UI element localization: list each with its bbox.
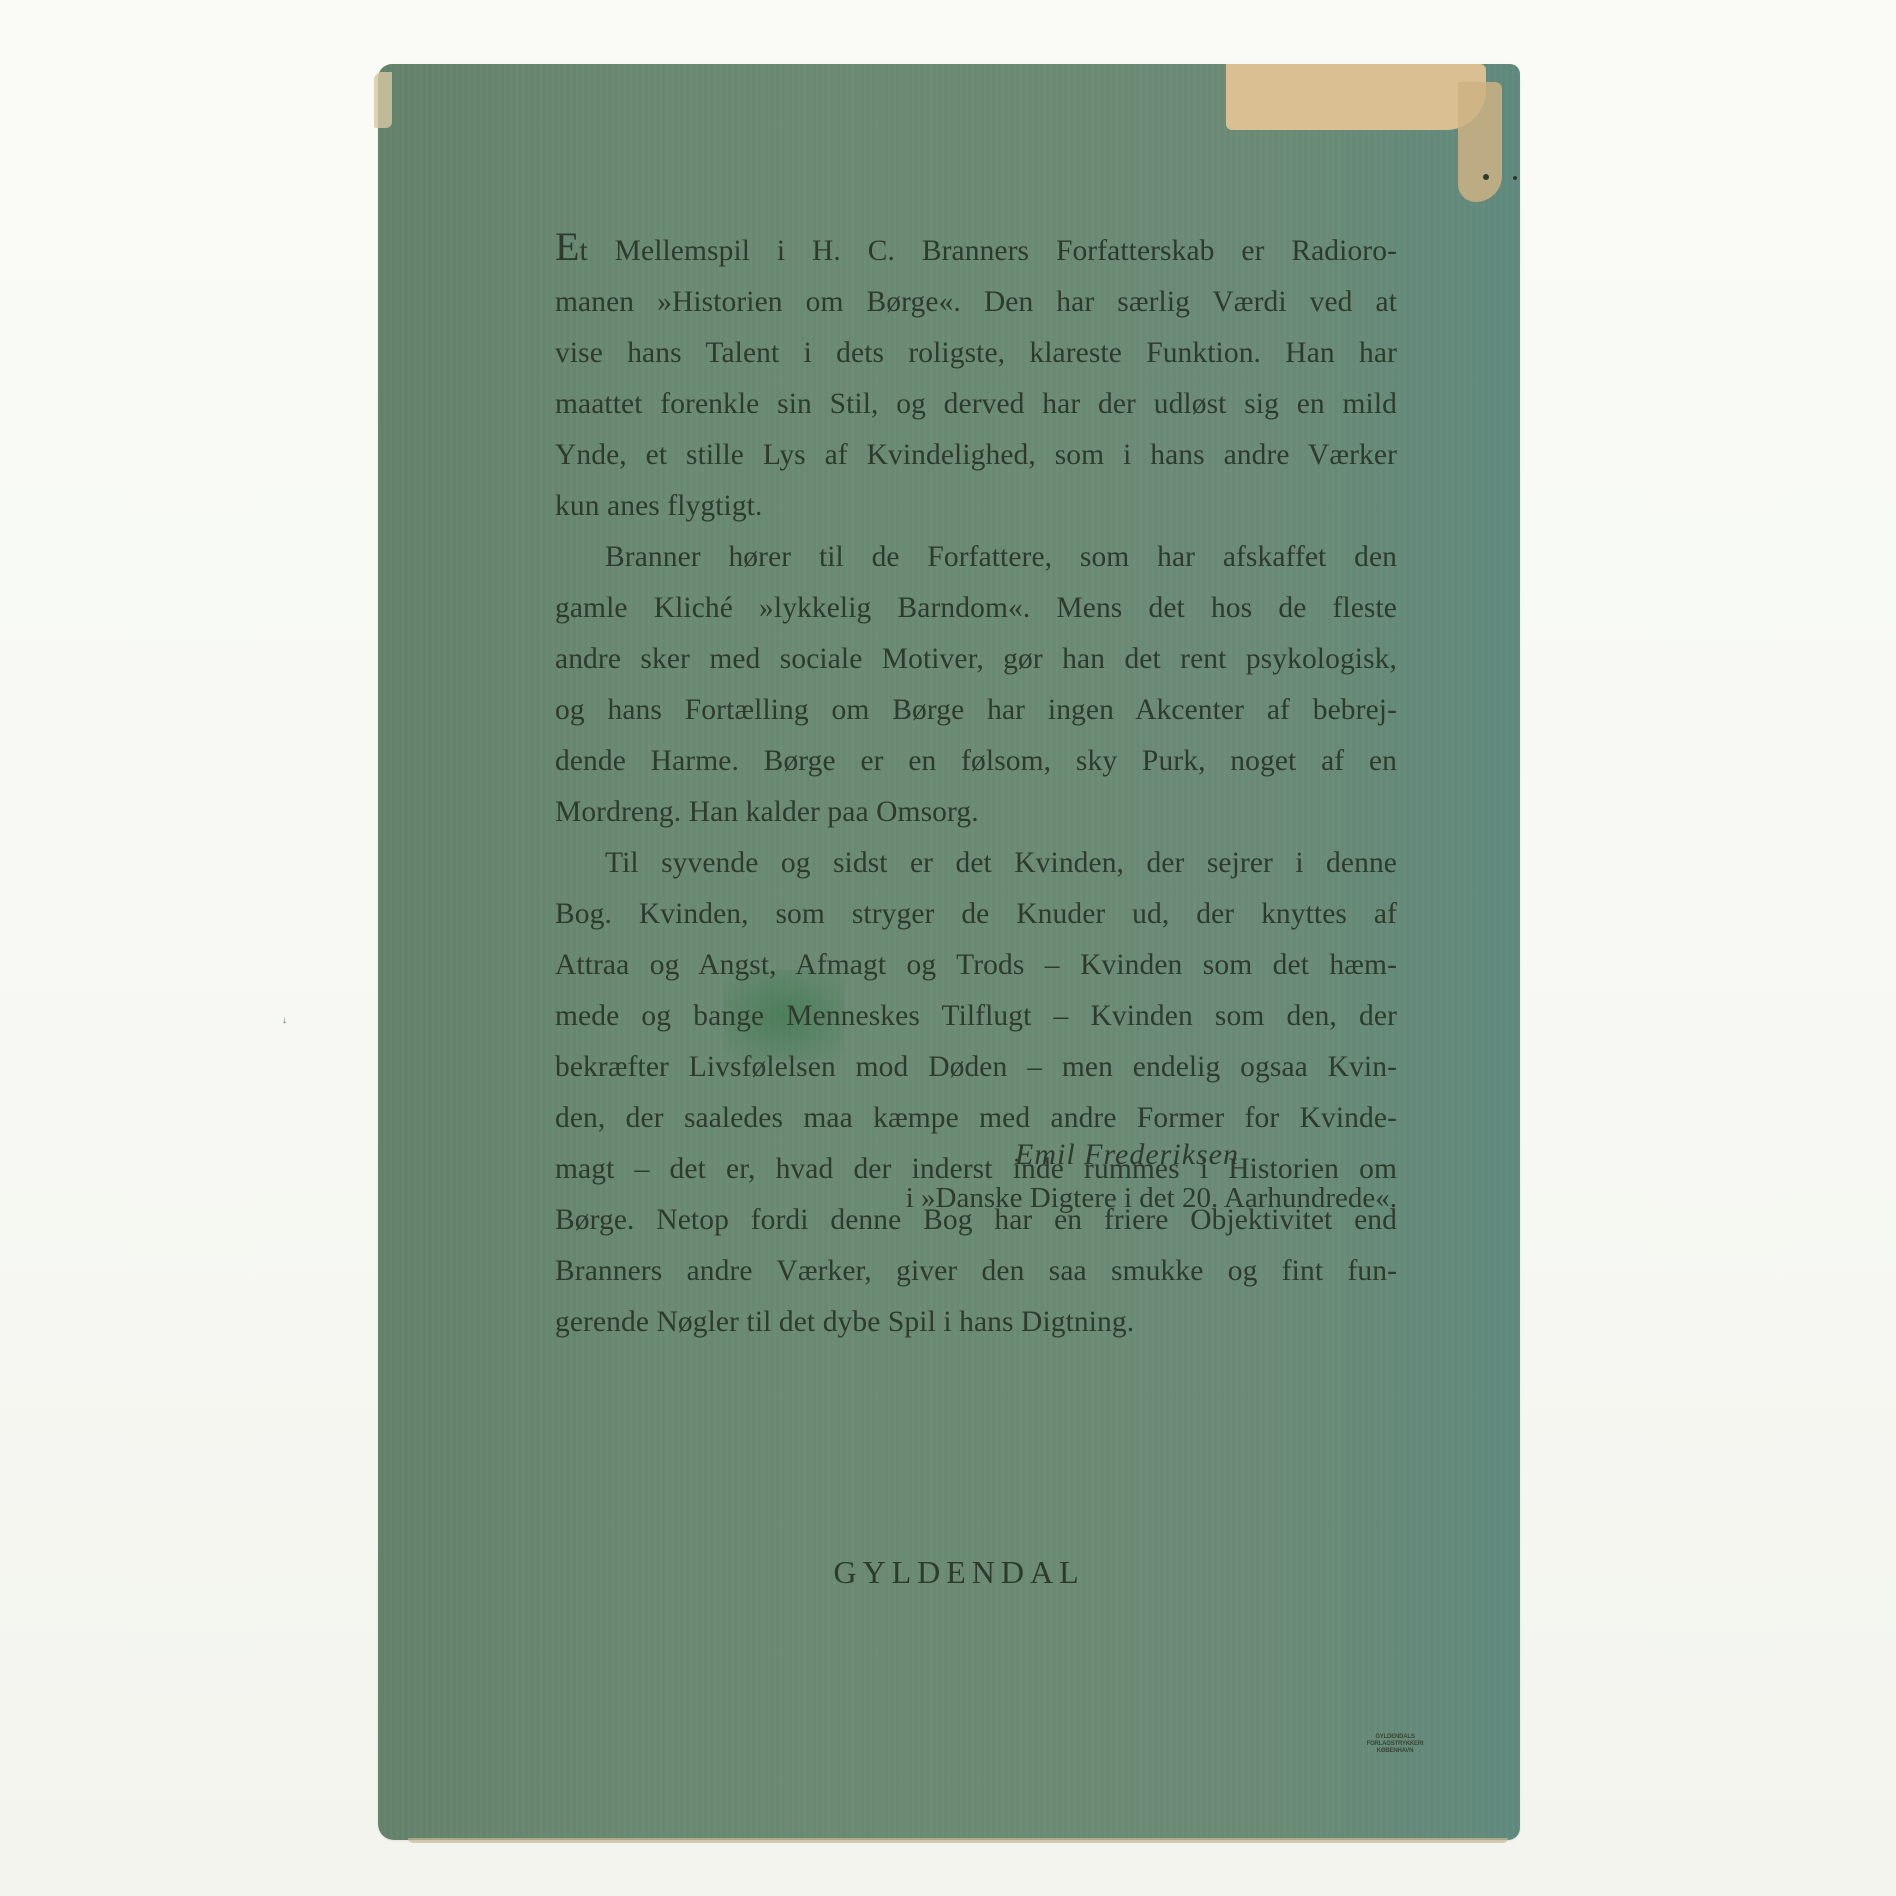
source-citation: i »Danske Digtere i det 20. Aarhundrede«… [555,1182,1397,1215]
text-line: vise hans Talent i dets roligste, klares… [555,328,1397,379]
worn-corner-top-left [374,72,392,128]
text-line: den, der saaledes maa kæmpe med andre Fo… [555,1093,1397,1144]
book-back-cover: Et Mellemspil i H. C. Branners Forfatter… [378,64,1520,1840]
text-line: Bog. Kvinden, som stryger de Knuder ud, … [555,889,1397,940]
author-name: Emil Frederiksen [555,1138,1397,1172]
worn-patch-edge [1458,82,1502,202]
text-line: Til syvende og sidst er det Kvinden, der… [555,838,1397,889]
text-line: Et Mellemspil i H. C. Branners Forfatter… [555,226,1397,277]
worn-bottom-edge [408,1838,1508,1843]
text-line: og hans Fortælling om Børge har ingen Ak… [555,685,1397,736]
text-line: manen »Historien om Børge«. Den har særl… [555,277,1397,328]
printer-mark-line: FORLAGSTRYKKERI [1340,1741,1450,1748]
background-speck: ꜜ [282,1016,287,1032]
blurb-text: Et Mellemspil i H. C. Branners Forfatter… [555,226,1397,1348]
printer-mark-line: KØBENHAVN [1340,1748,1450,1755]
text-line: Branners andre Værker, giver den saa smu… [555,1246,1397,1297]
paragraph-3: Til syvende og sidst er det Kvinden, der… [555,838,1397,1348]
text-line: kun anes flygtigt. [555,481,1397,532]
text-line: maattet forenkle sin Stil, og derved har… [555,379,1397,430]
text-line: Mordreng. Han kalder paa Omsorg. [555,787,1397,838]
text-line: andre sker med sociale Motiver, gør han … [555,634,1397,685]
drop-cap: E [555,224,580,269]
text-line: Ynde, et stille Lys af Kvindelighed, som… [555,430,1397,481]
text-line: dende Harme. Børge er en følsom, sky Pur… [555,736,1397,787]
printer-mark: GYLDENDALS FORLAGSTRYKKERI KØBENHAVN [1340,1734,1450,1755]
worn-patch-top-right [1226,64,1486,130]
printer-mark-line: GYLDENDALS [1340,1734,1450,1741]
speck-dot [1513,176,1517,180]
publisher-name: GYLDENDAL [378,1554,1520,1591]
speck-dot [1483,174,1489,180]
text-line: gamle Kliché »lykkelig Barndom«. Mens de… [555,583,1397,634]
text-line: mede og bange Menneskes Tilflugt – Kvind… [555,991,1397,1042]
text-line: Attraa og Angst, Afmagt og Trods – Kvind… [555,940,1397,991]
paragraph-2: Branner hører til de Forfattere, som har… [555,532,1397,838]
text-line: gerende Nøgler til det dybe Spil i hans … [555,1297,1397,1348]
paragraph-1: Et Mellemspil i H. C. Branners Forfatter… [555,226,1397,532]
text-line: Branner hører til de Forfattere, som har… [555,532,1397,583]
text-line: bekræfter Livsfølelsen mod Døden – men e… [555,1042,1397,1093]
